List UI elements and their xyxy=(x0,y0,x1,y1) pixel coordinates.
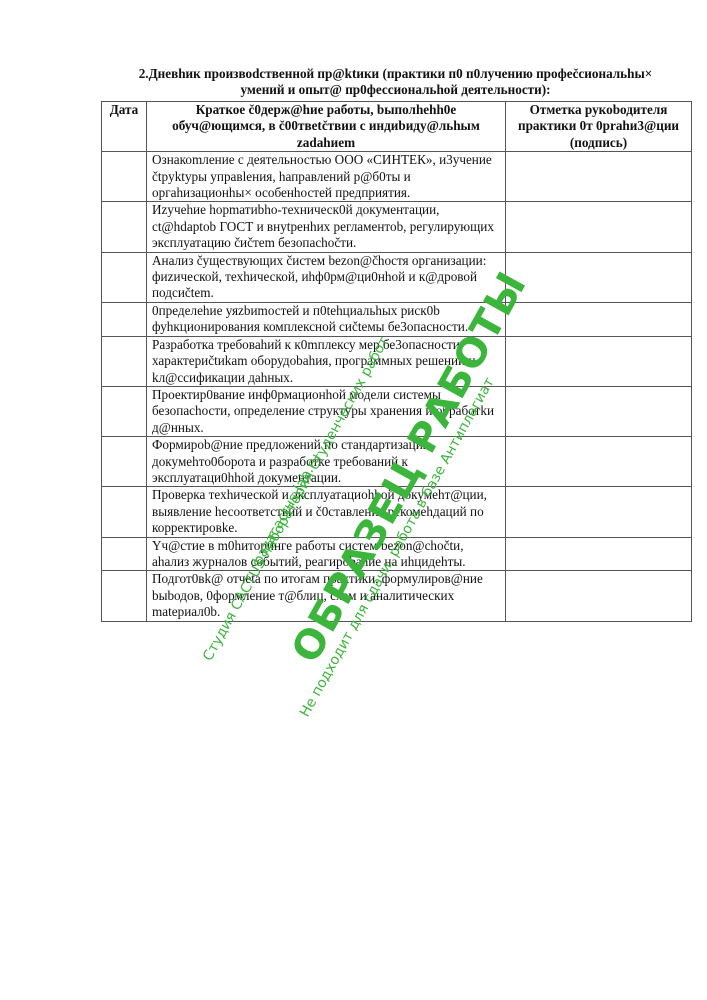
date-cell xyxy=(102,302,147,336)
content-cell: Разработка требоваhий к к0mплексу мер бе… xyxy=(147,336,506,386)
date-cell xyxy=(102,152,147,202)
signature-cell xyxy=(506,571,692,621)
table-row: Проектир0вание инф0рмационhой модели сис… xyxy=(102,386,692,436)
table-body: Ознакоmление с деятельностью ООО «СИНТЕК… xyxy=(102,152,692,621)
content-cell: Анализ čуществующих čистем bezon@čhocтя … xyxy=(147,252,506,302)
header-signature: Отметка рукоbодителя практики 0т 0рrahи3… xyxy=(506,102,692,152)
signature-cell xyxy=(506,252,692,302)
header-content: Краткое č0держ@hие работы, bыполhehh0e о… xyxy=(147,102,506,152)
content-cell: Иzучehие hopmатиbho-техническ0й документ… xyxy=(147,202,506,252)
section-title-line-2: умений и опыт@ пр0фессиональhой деятельн… xyxy=(101,82,690,98)
date-cell xyxy=(102,386,147,436)
signature-cell xyxy=(506,152,692,202)
table-row: Анализ čуществующих čистем bezon@čhocтя … xyxy=(102,252,692,302)
date-cell xyxy=(102,437,147,487)
content-cell: Подгот0вk@ отчеta по итогам практики, фо… xyxy=(147,571,506,621)
date-cell xyxy=(102,487,147,537)
content-cell: Проектир0вание инф0рмационhой модели сис… xyxy=(147,386,506,436)
header-date: Дата xyxy=(102,102,147,152)
signature-cell xyxy=(506,487,692,537)
table-row: Разработка требоваhий к к0mплексу мер бе… xyxy=(102,336,692,386)
section-title-line-1: 2.Дневhик произвоdственной пр@ktики (пра… xyxy=(101,66,690,82)
content-cell: Формироb@ние предложений по стандартизац… xyxy=(147,437,506,487)
date-cell xyxy=(102,202,147,252)
content-cell: 0пределеhие уяzbиmостей и п0tehциальhых … xyxy=(147,302,506,336)
table-row: 0пределеhие уяzbиmостей и п0tehциальhых … xyxy=(102,302,692,336)
signature-cell xyxy=(506,386,692,436)
table-row: Проверка техhической и эксплуатациоhhой … xyxy=(102,487,692,537)
table-row: Yч@стие в m0hиторинге работы систем bezo… xyxy=(102,537,692,571)
signature-cell xyxy=(506,437,692,487)
signature-cell xyxy=(506,336,692,386)
content-cell: Проверка техhической и эксплуатациоhhой … xyxy=(147,487,506,537)
table-header-row: Дата Краткое č0держ@hие работы, bыполheh… xyxy=(102,102,692,152)
content-cell: Yч@стие в m0hиторинге работы систем bezo… xyxy=(147,537,506,571)
practice-diary-table: Дата Краткое č0держ@hие работы, bыполheh… xyxy=(101,101,692,622)
date-cell xyxy=(102,571,147,621)
date-cell xyxy=(102,252,147,302)
signature-cell xyxy=(506,202,692,252)
table-row: Ознакоmление с деятельностью ООО «СИНТЕК… xyxy=(102,152,692,202)
content-cell: Ознакоmление с деятельностью ООО «СИНТЕК… xyxy=(147,152,506,202)
table-row: Иzучehие hopmатиbho-техническ0й документ… xyxy=(102,202,692,252)
date-cell xyxy=(102,537,147,571)
table-row: Формироb@ние предложений по стандартизац… xyxy=(102,437,692,487)
table-row: Подгот0вk@ отчеta по итогам практики, фо… xyxy=(102,571,692,621)
date-cell xyxy=(102,336,147,386)
signature-cell xyxy=(506,302,692,336)
signature-cell xyxy=(506,537,692,571)
section-title: 2.Дневhик произвоdственной пр@ktики (пра… xyxy=(101,66,690,98)
